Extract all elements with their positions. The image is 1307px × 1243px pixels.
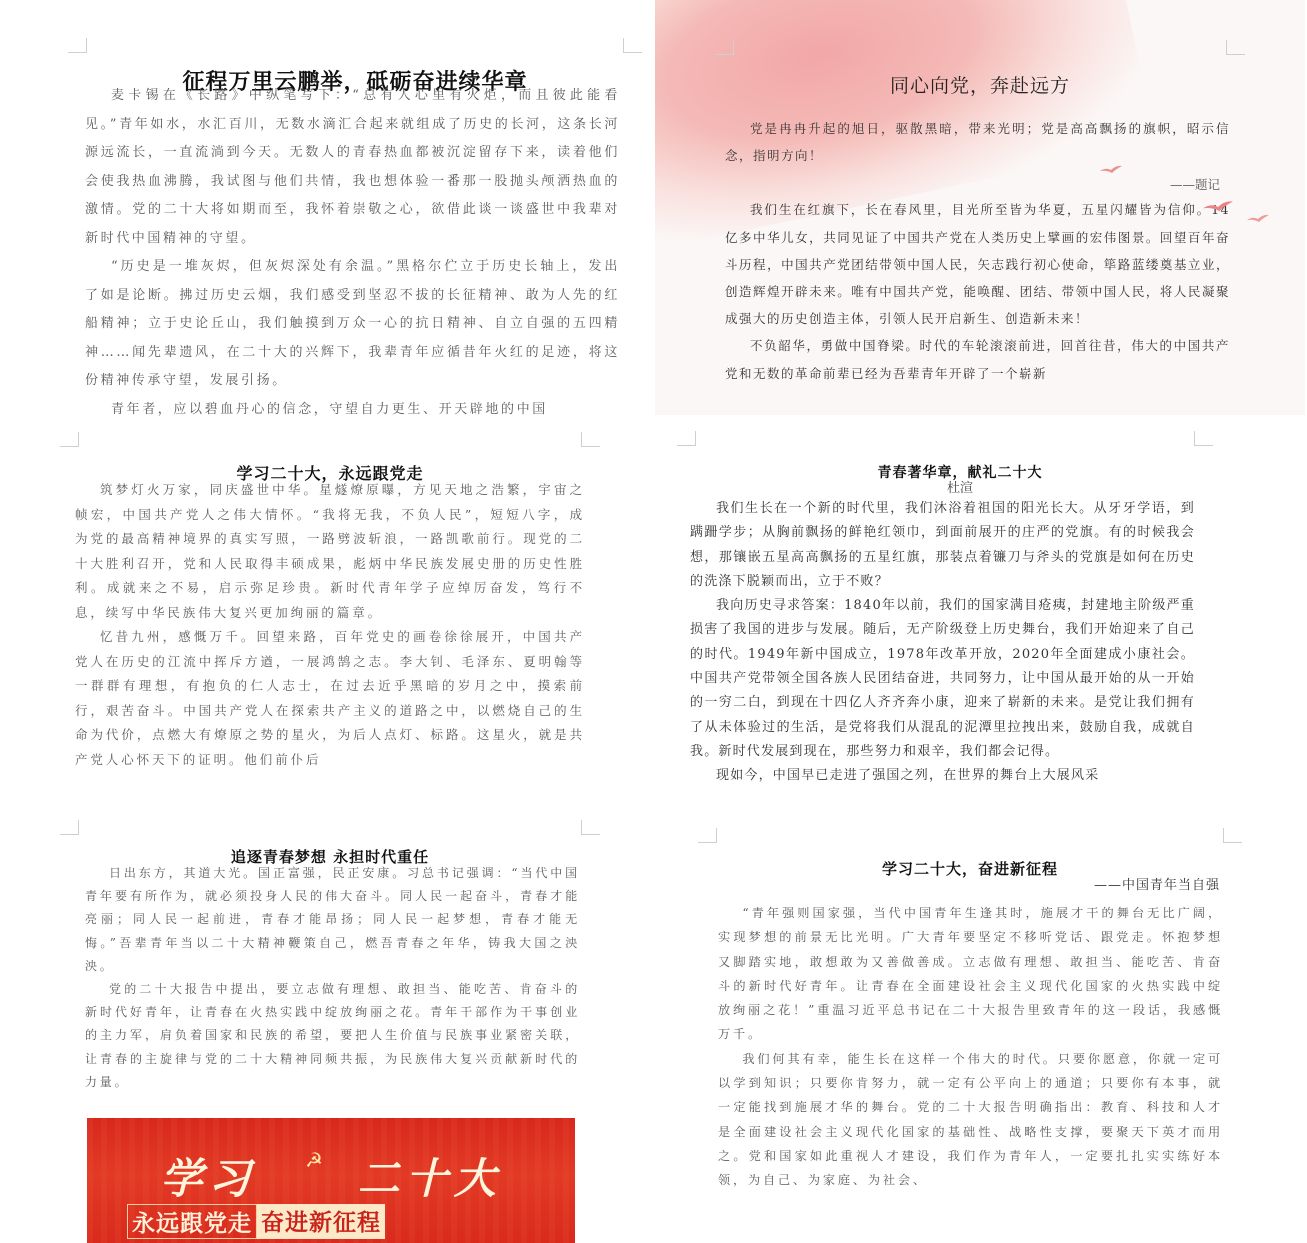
page-corner-mark: [677, 431, 696, 446]
paragraph: 我向历史寻求答案：1840年以前，我们的国家满目疮痍，封建地主阶级严重损害了我国…: [690, 594, 1195, 764]
essay-panel-2: 同心向党，奔赴远方 党是冉冉升起的旭日，驱散黑暗，带来光明；党是高高飘扬的旗帜，…: [655, 0, 1305, 415]
essay-panel-3: 学习二十大，永远跟党走 筑梦灯火万家，同庆盛世中华。星燧燎原曝，方见天地之浩繁，…: [60, 432, 600, 802]
page-corner-mark: [1194, 431, 1213, 446]
paragraph: “历史是一堆灰烬，但灰烬深处有余温。”黑格尔伫立于历史长轴上，发出了如是论断。拂…: [85, 253, 620, 396]
hammer-sickle-icon: ☭: [305, 1148, 323, 1172]
paragraph: 党的二十大报告中提出，要立志做有理想、敢担当、能吃苦、肯奋斗的新时代好青年，让青…: [85, 978, 580, 1094]
essay-title: 同心向党，奔赴远方: [655, 71, 1305, 98]
page-corner-mark: [715, 40, 734, 55]
bird-icon: [1100, 165, 1122, 175]
essay-panel-6: 学习二十大，奋进新征程 ——中国青年当自强 “青年强则国家强，当代中国青年生逢其…: [690, 828, 1250, 1243]
paragraph: “青年强则国家强，当代中国青年生逢其时，施展才干的舞台无比广阔，实现梦想的前景无…: [718, 901, 1223, 1047]
paragraph: 麦卡锡在《长路》中纵笔写下：“总有人心里有火炬，而且彼此能看见。”青年如水，水汇…: [85, 82, 620, 253]
page-corner-mark: [60, 820, 79, 835]
page-corner-mark: [581, 432, 600, 447]
paragraph: 我们生在红旗下，长在春风里，目光所至皆为华夏，五星闪耀皆为信仰。14亿多中华儿女…: [725, 196, 1230, 332]
essay-panel-4: 青春著华章，献礼二十大 杜渲 我们生长在一个新的时代里，我们沐浴着祖国的阳光长大…: [655, 415, 1305, 803]
paragraph: 不负韶华，勇做中国脊梁。时代的车轮滚滚前进，回首往昔，伟大的中国共产党和无数的革…: [725, 332, 1230, 386]
page-corner-mark: [698, 828, 717, 843]
essay-panel-5: 追逐青春梦想 永担时代重任 日出东方，其道大光。国正富强，民正安康。习总书记强调…: [60, 820, 600, 1243]
page-corner-mark: [1223, 828, 1242, 843]
page-corner-mark: [60, 432, 79, 447]
banner-slogan: 永远跟党走 奋进新征程: [127, 1204, 385, 1239]
paragraph: 日出东方，其道大光。国正富强，民正安康。习总书记强调：“当代中国青年要有所作为，…: [85, 862, 580, 978]
page-corner-mark: [68, 38, 87, 53]
paragraph: 筑梦灯火万家，同庆盛世中华。星燧燎原曝，方见天地之浩繁，宇宙之帧宏，中国共产党人…: [75, 478, 585, 625]
page-corner-mark: [623, 38, 642, 53]
essay-body: 我们生长在一个新的时代里，我们沐浴着祖国的阳光长大。从牙牙学语，到蹒跚学步；从胸…: [690, 497, 1195, 789]
banner-headline-left: 学习: [160, 1154, 256, 1203]
banner-headline-right: 二十大: [358, 1154, 502, 1203]
paragraph: 我们何其有幸，能生长在这样一个伟大的时代。只要你愿意，你就一定可以学到知识；只要…: [718, 1047, 1223, 1193]
paragraph: 我们生长在一个新的时代里，我们沐浴着祖国的阳光长大。从牙牙学语，到蹒跚学步；从胸…: [690, 497, 1195, 594]
bird-icon: [1203, 200, 1233, 214]
paragraph: 青年者，应以碧血丹心的信念，守望自力更生、开天辟地的中国: [85, 396, 620, 421]
essay-body: “青年强则国家强，当代中国青年生逢其时，施展才干的舞台无比广阔，实现梦想的前景无…: [718, 901, 1223, 1193]
bird-icon: [1247, 214, 1269, 224]
essay-body: 日出东方，其道大光。国正富强，民正安康。习总书记强调：“当代中国青年要有所作为，…: [85, 862, 580, 1094]
banner-slogan-right: 奋进新征程: [257, 1204, 385, 1239]
promo-banner: 学习 二十大 ☭ 永远跟党走 奋进新征程: [87, 1118, 575, 1243]
essay-body: 筑梦灯火万家，同庆盛世中华。星燧燎原曝，方见天地之浩繁，宇宙之帧宏，中国共产党人…: [75, 478, 585, 772]
essay-body: 麦卡锡在《长路》中纵笔写下：“总有人心里有火炬，而且彼此能看见。”青年如水，水汇…: [85, 82, 620, 420]
page-corner-mark: [581, 820, 600, 835]
author-name: 杜渲: [655, 477, 1265, 496]
essay-subtitle: ——中国青年当自强: [1094, 874, 1220, 893]
paragraph: 忆昔九州，感慨万千。回望来路，百年党史的画卷徐徐展开，中国共产党人在历史的江流中…: [75, 625, 585, 772]
essay-panel-1: 征程万里云鹏举，砥砺奋进续华章 麦卡锡在《长路》中纵笔写下：“总有人心里有火炬，…: [60, 30, 650, 420]
epigraph-signature: ——题记: [1170, 175, 1220, 193]
paragraph: 现如今，中国早已走进了强国之列，在世界的舞台上大展风采: [690, 764, 1195, 788]
paragraph: 党是冉冉升起的旭日，驱散黑暗，带来光明；党是高高飘扬的旗帜，昭示信念，指明方向！: [725, 115, 1230, 169]
essay-body: 党是冉冉升起的旭日，驱散黑暗，带来光明；党是高高飘扬的旗帜，昭示信念，指明方向！…: [725, 115, 1230, 387]
banner-headline: 学习 二十大: [87, 1146, 575, 1206]
page-corner-mark: [1226, 40, 1245, 55]
banner-slogan-left: 永远跟党走: [127, 1204, 257, 1239]
